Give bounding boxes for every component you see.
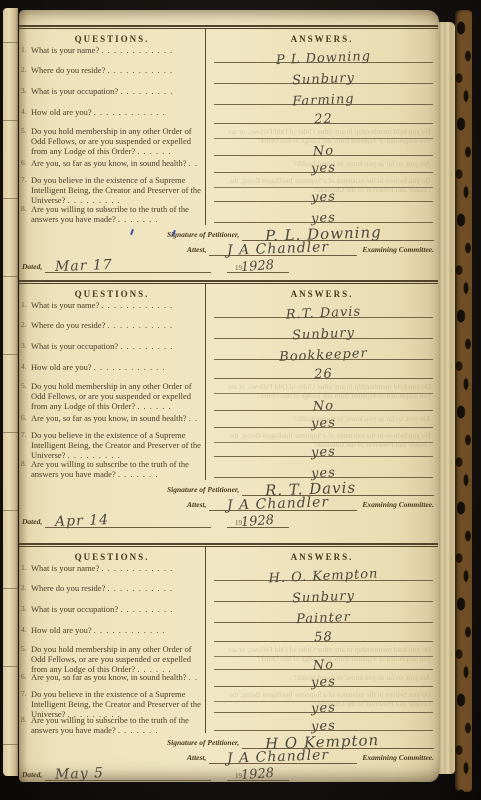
answers-header: ANSWERS. xyxy=(291,289,354,299)
date-handwriting: Mar 17 xyxy=(55,257,113,275)
question-row: 7.Do you believe in the existence of a S… xyxy=(19,430,439,459)
question-row: 7.Do you believe in the existence of a S… xyxy=(19,175,439,204)
question-row: 6.Are you, so far as you know, in sound … xyxy=(19,413,439,430)
question-row: 2.Where do you reside? . . . . . . . . .… xyxy=(19,583,439,604)
question-row: 5.Do you hold membership in any other Or… xyxy=(19,126,439,158)
scanned-ledger-photo: QUESTIONS. ANSWERS. 1.What is your name?… xyxy=(0,0,481,800)
dot-leader: . . . . . . . xyxy=(118,469,159,479)
question-number: 7. xyxy=(21,431,27,440)
signature-of-petitioner-label: Signature of Petitioner, xyxy=(167,738,242,749)
question-number: 7. xyxy=(21,176,27,185)
question-row: 8.Are you willing to subscribe to the tr… xyxy=(19,204,439,225)
signature-row: Signature of Petitioner, R. T. Davis xyxy=(167,480,434,496)
dated-row: Dated, Apr 14 19 1928 xyxy=(22,511,289,528)
date-line: May 5 xyxy=(45,766,211,781)
dot-leader: . . . . . . . . . . . xyxy=(107,320,173,330)
dot-leader: . . . . . . . . . . . . xyxy=(101,563,173,573)
signature-row: Signature of Petitioner, P. L. Downing xyxy=(167,225,434,241)
signature-row: Signature of Petitioner, H O Kempton xyxy=(167,733,434,749)
question-row: 4.How old are you? . . . . . . . . . . .… xyxy=(19,625,439,644)
dot-leader: . . . . . . . . . xyxy=(120,604,173,614)
question-text: Are you, so far as you know, in sound he… xyxy=(31,672,187,682)
dot-leader: . . xyxy=(189,672,198,682)
question-number: 4. xyxy=(21,108,27,117)
question-text: What is your occupation? xyxy=(31,604,118,614)
section-header-row: QUESTIONS. ANSWERS. xyxy=(19,549,439,563)
question-text: How old are you? xyxy=(31,625,92,635)
attest-row: Attest, J A Chandler Examining Committee… xyxy=(187,241,434,256)
dot-leader: . . . . . . . . . xyxy=(120,86,173,96)
dot-leader: . . . . . . . . . . . xyxy=(107,65,173,75)
year-handwriting: 1928 xyxy=(241,513,275,530)
question-row: 1.What is your name? . . . . . . . . . .… xyxy=(19,300,439,320)
question-number: 1. xyxy=(21,564,27,573)
question-row: 4.How old are you? . . . . . . . . . . .… xyxy=(19,107,439,126)
signature-line: H O Kempton xyxy=(242,734,434,749)
attest-signature-handwriting: J A Chandler xyxy=(227,239,330,259)
attest-label: Attest, xyxy=(187,500,209,511)
question-number: 3. xyxy=(21,605,27,614)
question-number: 5. xyxy=(21,127,27,136)
question-row: 8.Are you willing to subscribe to the tr… xyxy=(19,459,439,480)
blue-ink-marks xyxy=(131,229,191,237)
question-number: 8. xyxy=(21,460,27,469)
dot-leader: . . . . . . xyxy=(137,401,171,411)
question-text: Are you, so far as you know, in sound he… xyxy=(31,158,187,168)
question-text: Are you willing to subscribe to the trut… xyxy=(31,715,189,735)
dot-leader: . . . . . . . . . . . . xyxy=(101,45,173,55)
question-row: 5.Do you hold membership in any other Or… xyxy=(19,644,439,672)
dated-label: Dated, xyxy=(22,517,45,528)
question-rows: 1.What is your name? . . . . . . . . . .… xyxy=(19,300,439,480)
year-line: 19 1928 xyxy=(227,258,289,273)
question-text: What is your occupation? xyxy=(31,86,118,96)
attest-row: Attest, J A Chandler Examining Committee… xyxy=(187,749,434,764)
question-number: 2. xyxy=(21,584,27,593)
questions-header: QUESTIONS. xyxy=(75,552,150,562)
answers-header: ANSWERS. xyxy=(291,552,354,562)
question-number: 8. xyxy=(21,205,27,214)
attest-line: J A Chandler xyxy=(209,749,357,764)
question-text: Are you willing to subscribe to the trut… xyxy=(31,204,189,224)
question-row: 6.Are you, so far as you know, in sound … xyxy=(19,672,439,689)
question-row: 2.Where do you reside? . . . . . . . . .… xyxy=(19,65,439,86)
attest-label: Attest, xyxy=(187,245,209,256)
question-number: 1. xyxy=(21,301,27,310)
dot-leader: . . . . . . . . . . . . xyxy=(94,107,166,117)
marbled-cover-edge xyxy=(455,10,472,792)
dot-leader: . . xyxy=(189,413,198,423)
question-number: 6. xyxy=(21,159,27,168)
section-header-row: QUESTIONS. ANSWERS. xyxy=(19,286,439,300)
question-text: What is your occupation? xyxy=(31,341,118,351)
questions-header: QUESTIONS. xyxy=(75,289,150,299)
dot-leader: . . . . . . . . . . . . xyxy=(101,300,173,310)
question-number: 1. xyxy=(21,46,27,55)
petition-form-section: QUESTIONS. ANSWERS. 1.What is your name?… xyxy=(19,280,439,543)
question-row: 2.Where do you reside? . . . . . . . . .… xyxy=(19,320,439,341)
facing-page-sliver xyxy=(3,8,18,776)
question-text: How old are you? xyxy=(31,107,92,117)
year-handwriting: 1928 xyxy=(241,258,275,275)
examining-committee-label: Examining Committee. xyxy=(357,753,434,764)
question-row: 3.What is your occupation? . . . . . . .… xyxy=(19,341,439,362)
question-rows: 1.What is your name? . . . . . . . . . .… xyxy=(19,45,439,225)
question-text: Are you willing to subscribe to the trut… xyxy=(31,459,189,479)
attest-row: Attest, J A Chandler Examining Committee… xyxy=(187,496,434,511)
date-handwriting: May 5 xyxy=(55,765,104,782)
attest-line: J A Chandler xyxy=(209,496,357,511)
question-text: Where do you reside? xyxy=(31,320,105,330)
date-line: Mar 17 xyxy=(45,258,211,273)
questions-header: QUESTIONS. xyxy=(75,34,150,44)
year-line: 19 1928 xyxy=(227,513,289,528)
dated-label: Dated, xyxy=(22,262,45,273)
question-number: 5. xyxy=(21,382,27,391)
question-number: 4. xyxy=(21,626,27,635)
year-handwriting: 1928 xyxy=(241,766,275,782)
question-number: 3. xyxy=(21,87,27,96)
dot-leader: . . . . . . . . . . . . xyxy=(94,625,166,635)
question-number: 8. xyxy=(21,716,27,725)
dot-leader: . . . . . . xyxy=(137,146,171,156)
dot-leader: . . . . . . . xyxy=(118,214,159,224)
question-text: What is your name? xyxy=(31,300,99,310)
question-row: 1.What is your name? . . . . . . . . . .… xyxy=(19,45,439,65)
question-number: 5. xyxy=(21,645,27,654)
question-number: 2. xyxy=(21,321,27,330)
dot-leader: . . xyxy=(189,158,198,168)
question-text: Where do you reside? xyxy=(31,65,105,75)
dot-leader: . . . . . . . . . . . xyxy=(107,583,173,593)
question-row: 1.What is your name? . . . . . . . . . .… xyxy=(19,563,439,583)
question-number: 2. xyxy=(21,66,27,75)
question-text: Where do you reside? xyxy=(31,583,105,593)
question-number: 7. xyxy=(21,690,27,699)
year-line: 19 1928 xyxy=(227,766,289,781)
attest-signature-handwriting: J A Chandler xyxy=(227,747,330,767)
petition-form-page: QUESTIONS. ANSWERS. 1.What is your name?… xyxy=(19,10,439,782)
dot-leader: . . . . . . . xyxy=(118,725,159,735)
question-text: What is your name? xyxy=(31,563,99,573)
dated-label: Dated, xyxy=(22,770,45,781)
question-row: 3.What is your occupation? . . . . . . .… xyxy=(19,86,439,107)
question-number: 6. xyxy=(21,414,27,423)
examining-committee-label: Examining Committee. xyxy=(357,500,434,511)
petition-form-section: QUESTIONS. ANSWERS. 1.What is your name?… xyxy=(19,543,439,781)
examining-committee-label: Examining Committee. xyxy=(357,245,434,256)
dated-row: Dated, Mar 17 19 1928 xyxy=(22,256,289,273)
signature-line: P. L. Downing xyxy=(242,226,434,241)
question-text: What is your name? xyxy=(31,45,99,55)
date-line: Apr 14 xyxy=(45,513,211,528)
signature-of-petitioner-label: Signature of Petitioner, xyxy=(167,485,242,496)
attest-line: J A Chandler xyxy=(209,241,357,256)
signature-line: R. T. Davis xyxy=(242,481,434,496)
form-sections: QUESTIONS. ANSWERS. 1.What is your name?… xyxy=(19,10,439,781)
answers-header: ANSWERS. xyxy=(291,34,354,44)
section-header-row: QUESTIONS. ANSWERS. xyxy=(19,31,439,45)
question-number: 6. xyxy=(21,673,27,682)
question-number: 3. xyxy=(21,342,27,351)
question-rows: 1.What is your name? . . . . . . . . . .… xyxy=(19,563,439,733)
attest-label: Attest, xyxy=(187,753,209,764)
question-row: 3.What is your occupation? . . . . . . .… xyxy=(19,604,439,625)
question-row: 4.How old are you? . . . . . . . . . . .… xyxy=(19,362,439,381)
petition-form-section: QUESTIONS. ANSWERS. 1.What is your name?… xyxy=(19,25,439,280)
facing-page-line-fragments xyxy=(3,8,18,776)
question-row: 7.Do you believe in the existence of a S… xyxy=(19,689,439,715)
dot-leader: . . . . . . . . . xyxy=(120,341,173,351)
book-page-edges xyxy=(439,22,455,774)
question-text: How old are you? xyxy=(31,362,92,372)
question-row: 5.Do you hold membership in any other Or… xyxy=(19,381,439,413)
dated-row: Dated, May 5 19 1928 xyxy=(22,764,289,781)
question-row: 6.Are you, so far as you know, in sound … xyxy=(19,158,439,175)
dot-leader: . . . . . . . . . . . . xyxy=(94,362,166,372)
question-number: 4. xyxy=(21,363,27,372)
date-handwriting: Apr 14 xyxy=(55,512,110,530)
attest-signature-handwriting: J A Chandler xyxy=(227,494,330,514)
question-text: Are you, so far as you know, in sound he… xyxy=(31,413,187,423)
